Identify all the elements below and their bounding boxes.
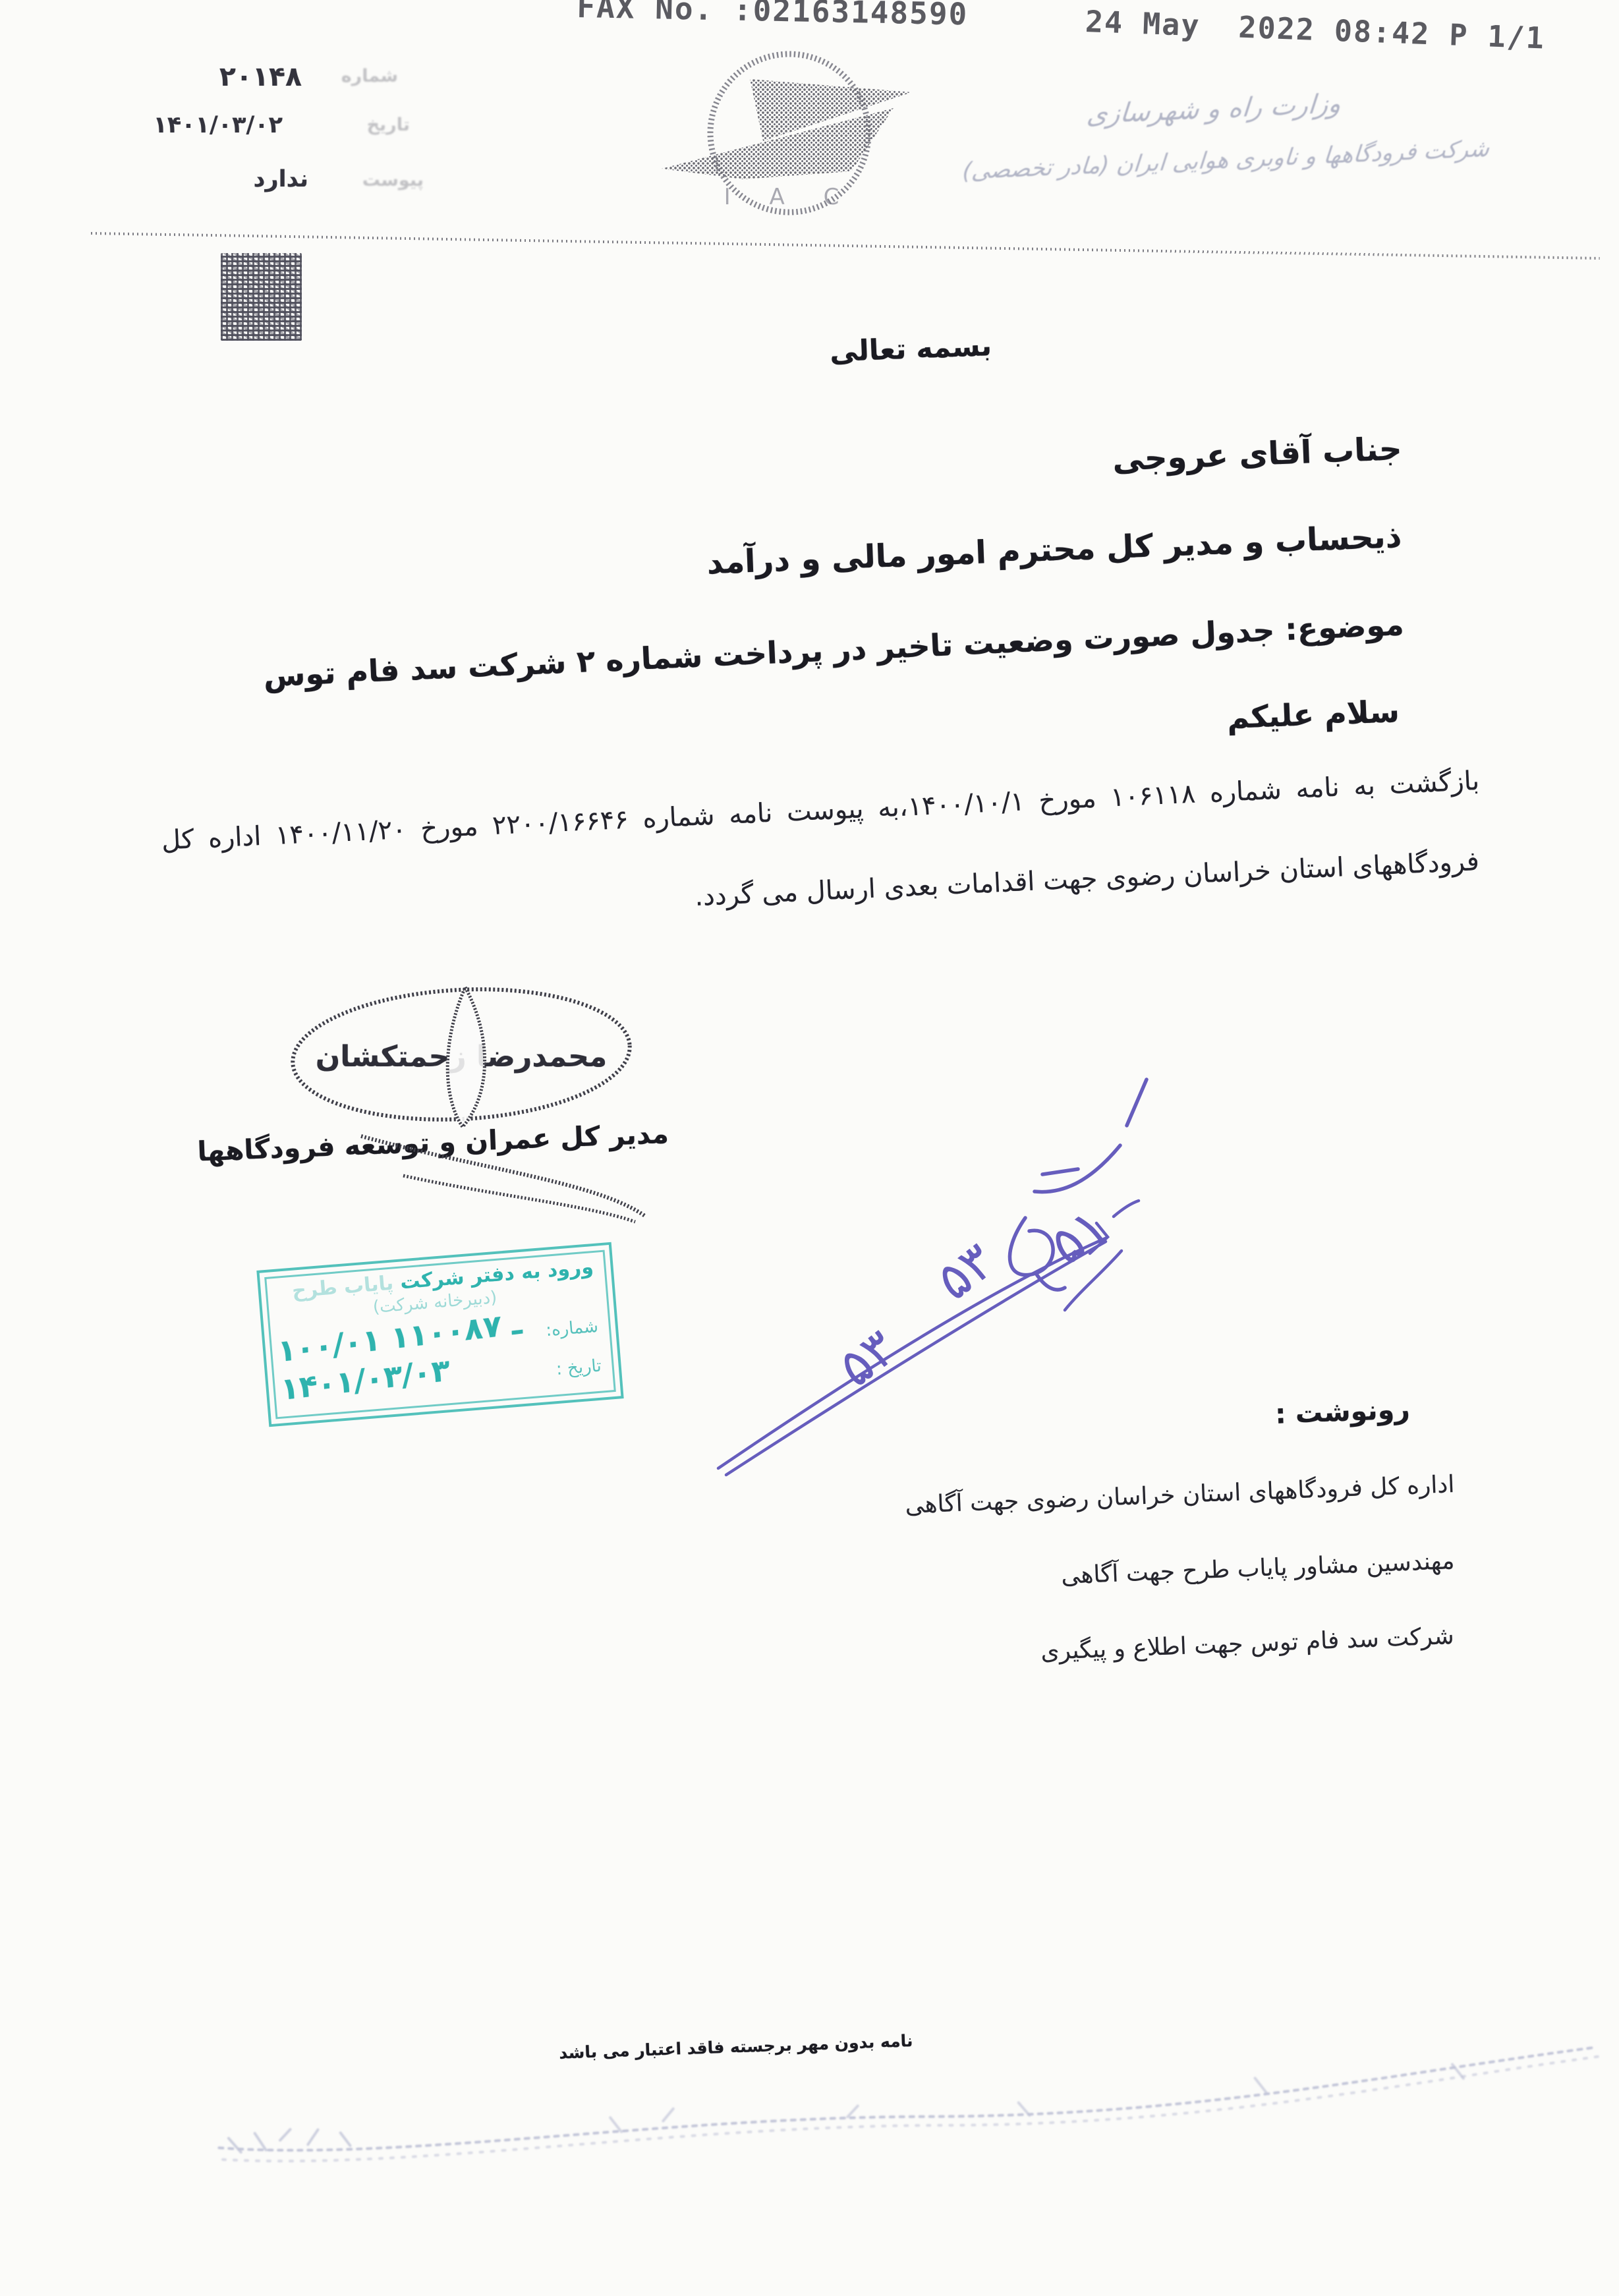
entry-stamp-date-label: تاریخ : [555, 1356, 602, 1379]
letterhead-ministry-line: وزارت راه و شهرسازی [1086, 88, 1342, 130]
blue-pen-annotation: ۵۱ ۵۳ ۵۳ [692, 1052, 1232, 1526]
letter-date-label: تاریخ [367, 115, 410, 135]
letter-number-label: شماره [341, 66, 398, 86]
cc-item-3: شرکت سد فام توس جهت اطلاع و پیگیری [1040, 1622, 1455, 1665]
basmala-heading: بسمه تعالی [829, 330, 992, 368]
fax-number-header: FAX No. :02163148590 [577, 0, 969, 32]
cc-item-2: مهندسین مشاور پایاب طرح جهت آگاهی [1060, 1547, 1454, 1590]
letter-number-value: ۲۰۱۴۸ [219, 61, 302, 92]
letterhead-company-line: شرکت فرودگاهها و ناوبری هوایی ایران (ماد… [961, 136, 1491, 185]
fax-datetime-header: 24 May 2022 08:42 P 1/1 [1085, 4, 1546, 56]
pen-digits-2: ۵۳ [925, 1231, 1005, 1312]
subject-line: موضوع: جدول صورت وضعیت تاخیر در پرداخت ش… [262, 606, 1404, 694]
addressee-title-line: ذیحساب و مدیر کل محترم امور مالی و درآمد [706, 518, 1403, 581]
oval-name-stamp: محمدرضا زحمتکشان [269, 973, 664, 1236]
cc-heading: رونوشت : [1275, 1393, 1411, 1430]
logo-letters: I A C [724, 184, 855, 210]
signature-stroke-short [403, 1176, 635, 1222]
signature-loop [447, 987, 484, 1127]
scanned-letter-page: FAX No. :02163148590 24 May 2022 08:42 P… [0, 0, 1619, 2296]
attachment-label: پیوست [362, 170, 424, 190]
entry-stamp-number-label: شماره: [545, 1317, 599, 1340]
body-line-2: فرودگاههای استان خراسان رضوی جهت اقدامات… [694, 846, 1480, 912]
body-line-1: بازگشت به نامه شماره ۱۰۶۱۱۸ مورخ ۱۴۰۰/۱۰… [161, 766, 1480, 856]
datamatrix-barcode [221, 253, 302, 341]
airports-company-logo: I A C [651, 42, 928, 227]
attachment-value: ندارد [254, 166, 308, 192]
letter-date-value: ۱۴۰۱/۰۳/۰۲ [154, 112, 283, 138]
salutation-line: سلام علیکم [1226, 693, 1400, 735]
footer-address-line-illegible [200, 2017, 1619, 2195]
entry-registration-stamp: ورود به دفتر شرکت پایاب طرح (دبیرخانه شر… [256, 1242, 623, 1427]
addressee-line: جناب آقای عروجی [1112, 430, 1402, 478]
header-separator-line [91, 232, 1600, 260]
